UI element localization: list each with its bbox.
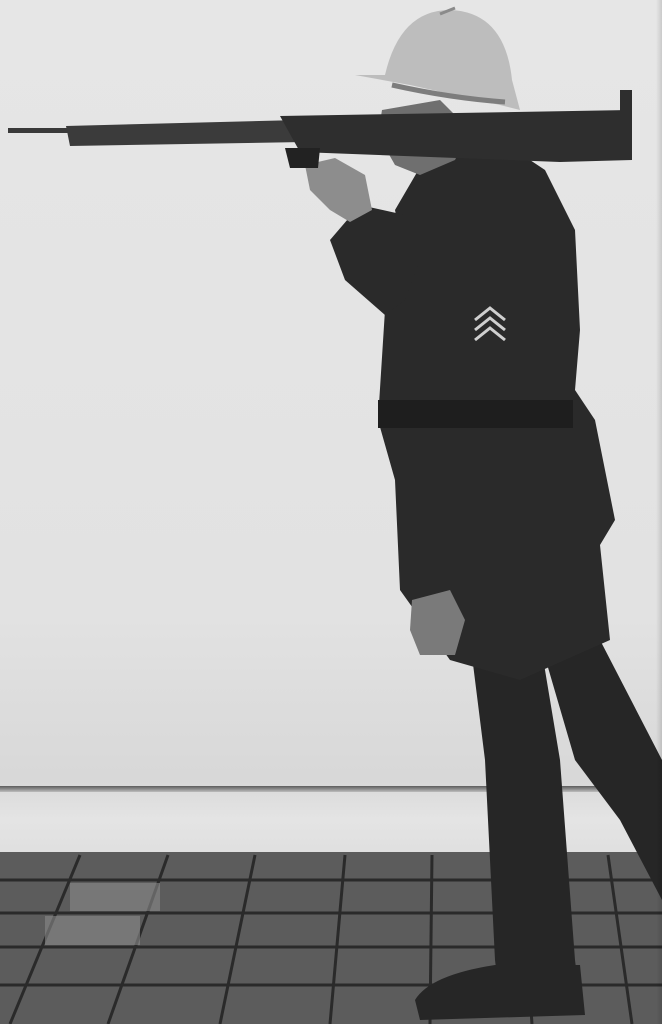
legs xyxy=(415,640,662,1020)
scene-illustration xyxy=(0,0,662,1024)
rifle xyxy=(8,90,632,168)
helmet xyxy=(355,8,520,110)
page-edge-shadow xyxy=(656,0,662,1024)
belt xyxy=(378,400,573,428)
photograph xyxy=(0,0,662,1024)
